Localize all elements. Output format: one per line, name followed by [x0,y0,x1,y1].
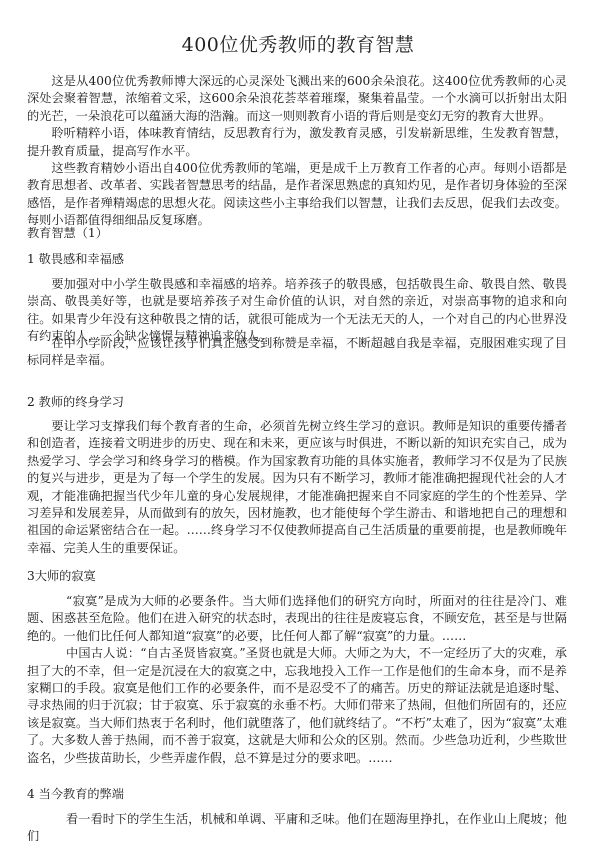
intro-paragraph-2: 聆听精粹小语，体味教育情结，反思教育行为，激发教育灵感，引发崭新思维，生发教育智… [27,125,567,160]
intro-paragraph-1: 这是从400位优秀教师博大深远的心灵深处飞溅出来的600余朵浪花。这400位优秀… [27,73,567,125]
intro-paragraph-3: 这些教育精妙小语出自400位优秀教师的笔端，更是成千上万教育工作者的心声。每则小… [27,160,567,230]
section-3-paragraph-1: “寂寞”是成为大师的必要条件。当大师们选择他们的研究方向时，所面对的往往是冷门、… [27,593,567,645]
section-1-body-b: 在中小学阶段，应该让孩子们真正感受到称赞是幸福，不断超越自我是幸福，克服困难实现… [27,335,567,370]
section-label: 教育智慧（1） [27,225,567,242]
section-4-paragraph-1: 看一看时下的学生生活，机械和单调、平庸和乏味。他们在题海里挣扎，在作业山上爬坡；… [27,811,567,842]
section-2-paragraph-1: 要让学习支撑我们每个教育者的生命，必须首先树立终生学习的意识。教师是知识的重要传… [27,418,567,557]
section-heading-2: 2 教师的终身学习 [27,394,567,411]
document-title: 400位优秀教师的教育智慧 [0,30,596,57]
section-2-body: 要让学习支撑我们每个教育者的生命，必须首先树立终生学习的意识。教师是知识的重要传… [27,418,567,557]
section-3-paragraph-2: 中国古人说：“自古圣贤皆寂寞。”圣贤也就是大师。大师之为大，不一定经历了大的灾难… [27,645,567,767]
section-3-body: “寂寞”是成为大师的必要条件。当大师们选择他们的研究方向时，所面对的往往是冷门、… [27,593,567,767]
intro-section: 这是从400位优秀教师博大深远的心灵深处飞溅出来的600余朵浪花。这400位优秀… [27,73,567,230]
section-heading-4: 4 当今教育的弊端 [27,786,567,803]
section-heading-3: 3大师的寂寞 [27,568,567,585]
document-page: 400位优秀教师的教育智慧 这是从400位优秀教师博大深远的心灵深处飞溅出来的6… [0,0,596,842]
section-4-body: 看一看时下的学生生活，机械和单调、平庸和乏味。他们在题海里挣扎，在作业山上爬坡；… [27,811,567,842]
section-heading-1: 1 敬畏感和幸福感 [27,251,567,268]
section-1-paragraph-2: 在中小学阶段，应该让孩子们真正感受到称赞是幸福，不断超越自我是幸福，克服困难实现… [27,335,567,370]
